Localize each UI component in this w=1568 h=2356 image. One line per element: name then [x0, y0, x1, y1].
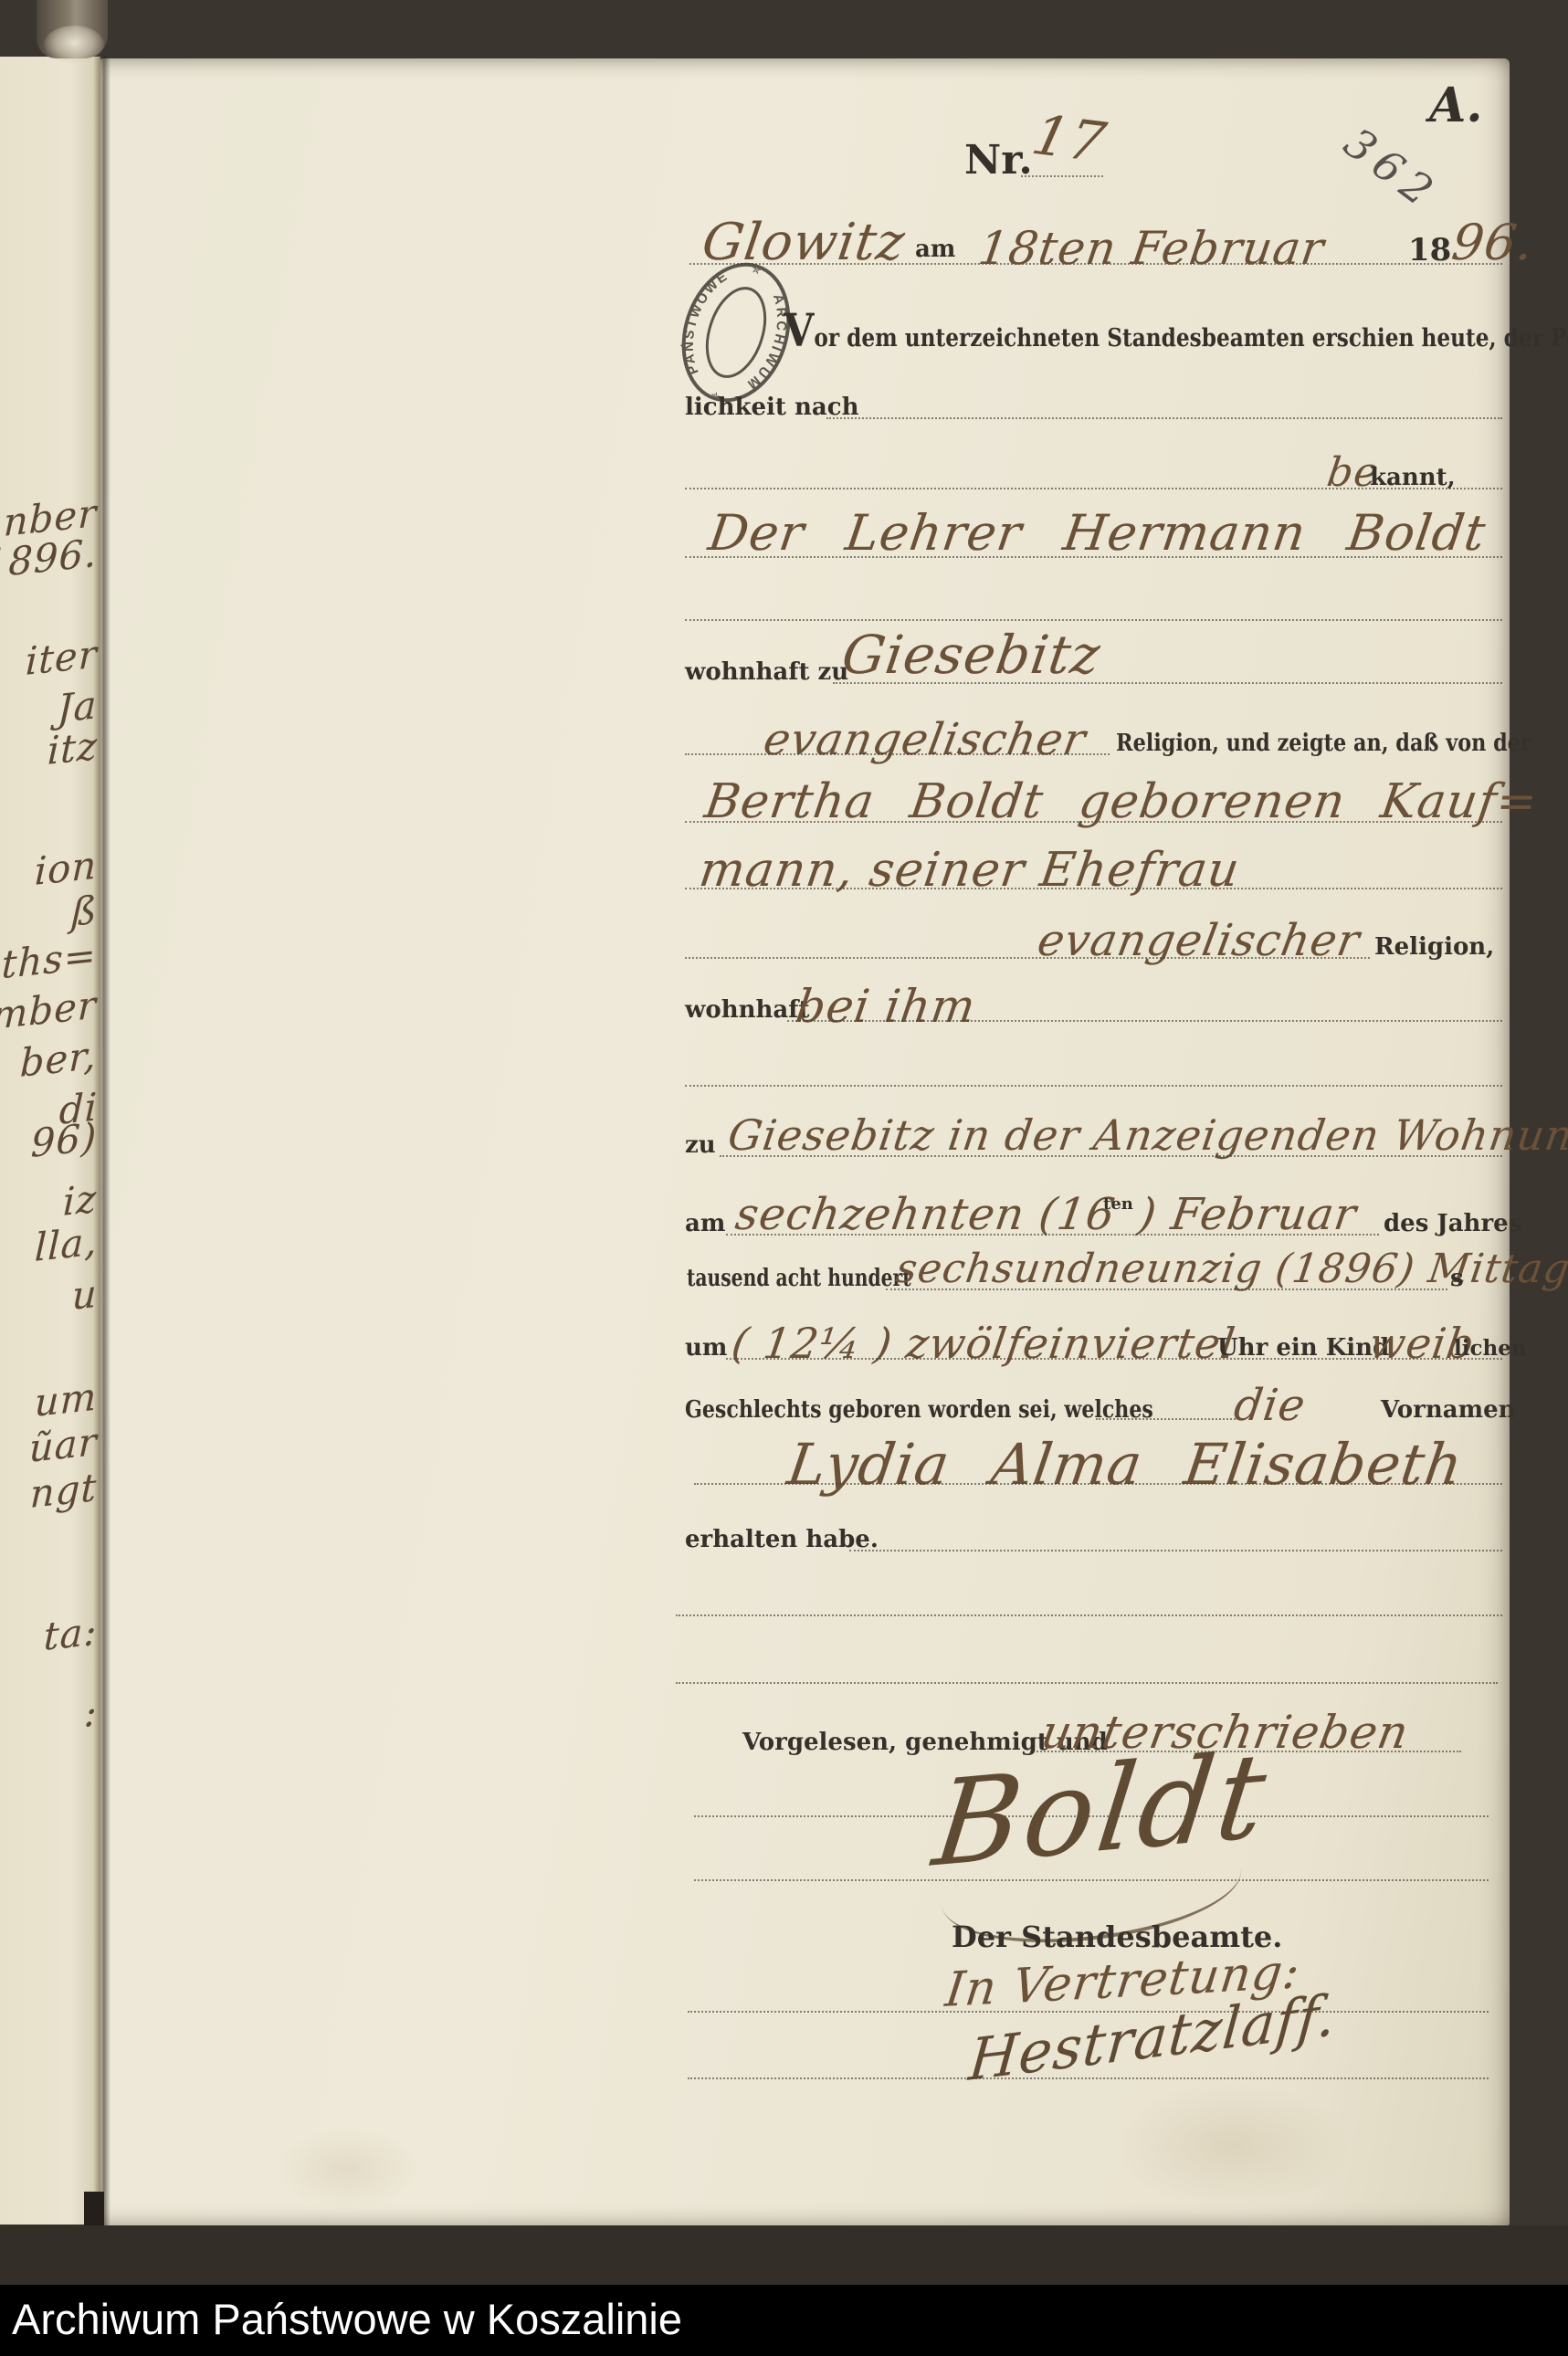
dotted-line — [685, 554, 1502, 558]
dotted-line — [685, 819, 1502, 823]
margin-fragment: itz — [47, 723, 99, 773]
margin-fragment: iz — [62, 1176, 98, 1225]
margin-fragment: ta: — [43, 1608, 98, 1659]
birth-vornamen-printed: Vornamen — [1381, 1396, 1516, 1424]
birth-place-zu-printed: zu — [685, 1131, 716, 1159]
margin-fragment: mber — [0, 982, 98, 1038]
dotted-line — [685, 955, 1370, 959]
printed-year-prefix: 18 — [1408, 232, 1451, 268]
birth-um-printed: um — [685, 1334, 727, 1362]
dotted-line — [685, 486, 1502, 489]
birth-sup-ten-printed: ten — [1103, 1194, 1133, 1214]
residence-label-printed: wohnhaft zu — [685, 658, 848, 686]
margin-fragment: iter — [25, 631, 99, 684]
dotted-line — [685, 617, 1502, 621]
form-corner-letter: A. — [1429, 78, 1482, 133]
archival-scan: { "archive_footer": { "label": "Archiwum… — [0, 0, 1568, 2356]
mother-religion-printed: Religion, — [1374, 933, 1494, 961]
birth-article-written: die — [1231, 1380, 1309, 1431]
stamp-word-bottom: PAŃSTWOWE — [668, 262, 734, 381]
mother-name-line2: mann, seiner Ehefrau — [696, 843, 1243, 898]
margin-fragment: um — [34, 1373, 98, 1425]
archive-footer-bar: Archiwum Państwowe w Koszalinie — [0, 2285, 1568, 2356]
margin-fragment: 1896. — [0, 530, 98, 587]
margin-fragment: ũar — [28, 1419, 98, 1471]
dotted-line — [1096, 1416, 1242, 1420]
birth-time-written: ( 12¼ ) zwölfeinviertel — [729, 1319, 1238, 1368]
margin-fragment: ber, — [19, 1033, 98, 1086]
birth-year-written: sechsundneunzig (1896) Mittag — [893, 1246, 1568, 1292]
book-edge-band — [0, 2225, 1568, 2285]
birth-des-jahres-printed: des Jahres — [1384, 1210, 1521, 1237]
previous-page-edge: nber1896.iterJaitzionßaths=mberber,di96)… — [0, 57, 100, 2225]
margin-fragment: aths= — [0, 932, 98, 990]
bookmark-ribbon — [37, 0, 108, 58]
dotted-line — [685, 1083, 1502, 1087]
margin-fragment: lla, — [34, 1218, 99, 1270]
dotted-line — [685, 752, 1110, 755]
margin-fragment: ngt — [29, 1465, 98, 1517]
year-written-suffix: 96. — [1448, 214, 1538, 271]
dotted-line — [694, 1481, 1502, 1485]
dotted-line — [726, 1232, 1379, 1236]
dotted-line — [849, 1548, 1502, 1551]
residence-written: Giesebitz — [838, 624, 1104, 686]
dotted-line — [826, 415, 1502, 419]
margin-fragment: ion — [34, 842, 98, 894]
archive-footer-label: Archiwum Państwowe w Koszalinie — [12, 2295, 682, 2343]
dotted-line — [720, 1153, 1502, 1157]
birth-place-written: Giesebitz in der Anzeigenden Wohnung — [725, 1110, 1568, 1160]
dotted-line — [676, 1680, 1498, 1684]
declarant-religion-printed: Religion, und zeigte an, daß von der — [1116, 730, 1531, 757]
dotted-line — [1021, 174, 1103, 177]
margin-fragment: 96) — [30, 1114, 98, 1166]
mother-residence-written: bei ihm — [793, 980, 979, 1033]
dotted-line — [833, 680, 1502, 684]
declarant-name-written: Der Lehrer Hermann Boldt — [705, 504, 1489, 562]
dotted-line — [787, 1018, 1502, 1022]
dotted-line — [886, 1287, 1447, 1290]
child-name-written: Lydia Alma Elisabeth — [784, 1431, 1468, 1498]
intro-line1: Vor dem unterzeichneten Standesbeamten e… — [784, 324, 1568, 352]
ribbon-shine — [44, 26, 104, 64]
birth-year-words-printed: tausend acht hundert — [687, 1265, 911, 1292]
svg-text:PAŃSTWOWE: PAŃSTWOWE — [668, 262, 734, 381]
birth-geschlechts-printed: Geschlechts geboren worden sei, welches — [685, 1396, 1153, 1424]
dotted-line — [726, 1356, 1502, 1360]
dotted-line — [688, 2076, 1489, 2079]
birth-s-printed: s — [1450, 1265, 1464, 1292]
binding-crease — [94, 57, 110, 2226]
dotted-line — [676, 1613, 1502, 1616]
declarant-religion-written: evangelischer — [760, 714, 1090, 765]
dotted-line — [685, 886, 1502, 889]
record-number-value: 17 — [1026, 103, 1112, 174]
birth-am-printed: am — [685, 1210, 725, 1237]
printed-am: am — [915, 236, 955, 263]
date-written: 18ten Februar — [975, 222, 1328, 275]
